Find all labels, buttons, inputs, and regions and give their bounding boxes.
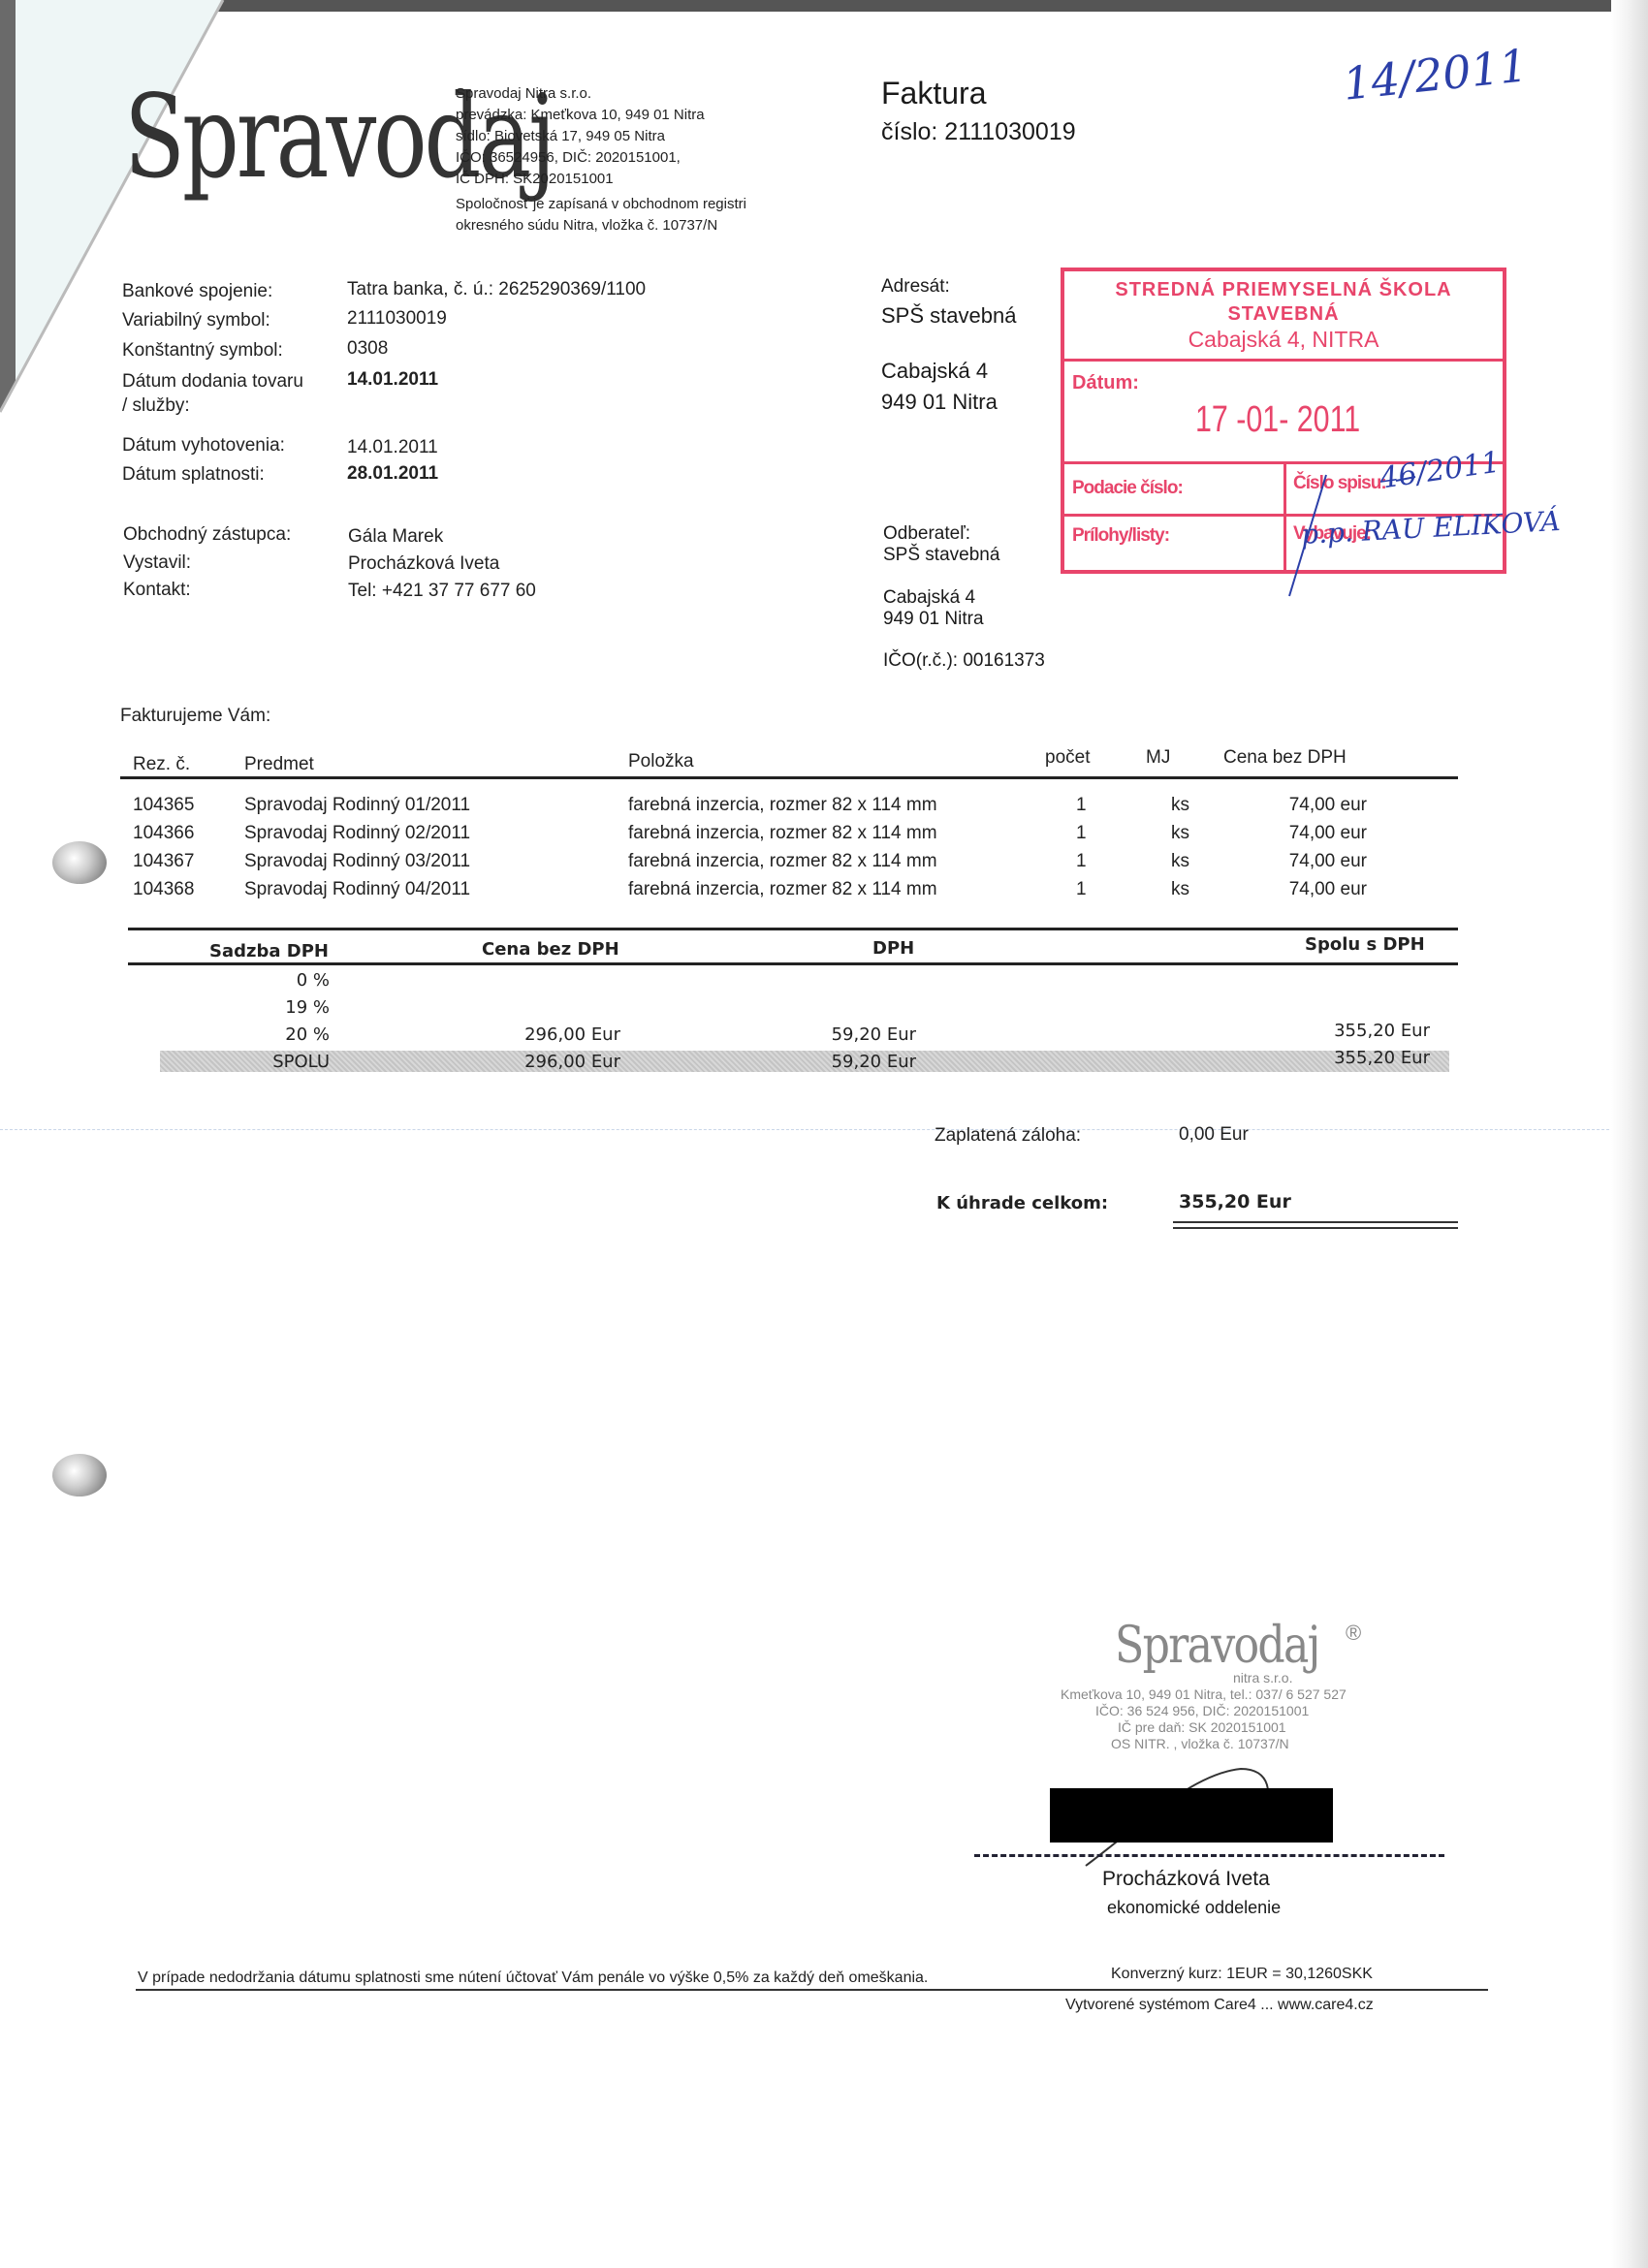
items-header-rule <box>120 776 1458 779</box>
addressee-city: 949 01 Nitra <box>881 390 998 415</box>
invoice-title: Faktura <box>881 76 986 111</box>
company-registry-2: okresného súdu Nitra, vložka č. 10737/N <box>456 215 746 236</box>
item-pocet: 1 <box>1076 795 1087 816</box>
penalty-note: V prípade nedodržania dátumu splatnosti … <box>138 1969 928 1987</box>
company-stamp-line4: OS NITR. , vložka č. 10737/N <box>1111 1736 1289 1751</box>
company-stamp-line3: IČ pre daň: SK 2020151001 <box>1118 1719 1286 1735</box>
issue-date-label: Dátum vyhotovenia: <box>122 435 285 457</box>
item-mj: ks <box>1171 795 1189 816</box>
generated-by: Vytvorené systémom Care4 ... www.care4.c… <box>1065 1997 1374 2014</box>
item-rez: 104368 <box>133 879 194 900</box>
vat-amount: 59,20 Eur <box>832 1024 916 1045</box>
item-rez: 104365 <box>133 795 194 816</box>
customer-ico: IČO(r.č.): 00161373 <box>883 650 1045 672</box>
vat-base: 296,00 Eur <box>524 1052 620 1072</box>
signatory-name: Procházková Iveta <box>1102 1868 1270 1891</box>
handwritten-ref: 14/2011 <box>1341 39 1531 110</box>
col-polozka: Položka <box>628 751 694 772</box>
col-cena: Cena bez DPH <box>1223 747 1347 769</box>
contact-label: Kontakt: <box>123 580 191 601</box>
delivery-date-label-2: / služby: <box>122 395 190 417</box>
due-total-value: 355,20 Eur <box>1179 1191 1291 1213</box>
item-cena: 74,00 eur <box>1289 823 1367 844</box>
item-predmet: Spravodaj Rodinný 03/2011 <box>244 851 470 872</box>
stamp-school-line1: STREDNÁ PRIEMYSELNÁ ŠKOLA <box>1064 279 1503 301</box>
handwritten-stroke <box>1270 465 1425 601</box>
issued-by-value: Procházková Iveta <box>348 553 499 575</box>
item-predmet: Spravodaj Rodinný 01/2011 <box>244 795 470 816</box>
due-date-value: 28.01.2011 <box>347 463 438 485</box>
conversion-rate: Konverzný kurz: 1EUR = 30,1260SKK <box>1111 1966 1373 1983</box>
company-registry-1: Spoločnosť je zapísaná v obchodnom regis… <box>456 194 746 215</box>
item-predmet: Spravodaj Rodinný 04/2011 <box>244 879 470 900</box>
vat-col-rate: Sadzba DPH <box>209 941 329 961</box>
vat-col-vat: DPH <box>872 938 914 959</box>
vat-amount: 59,20 Eur <box>832 1052 916 1072</box>
item-mj: ks <box>1171 879 1189 900</box>
company-stamp-line1: Kmeťkova 10, 949 01 Nitra, tel.: 037/ 6 … <box>1061 1686 1347 1702</box>
col-pocet: počet <box>1045 747 1090 769</box>
scan-border-top <box>0 0 1648 12</box>
vat-col-total: Spolu s DPH <box>1305 934 1425 955</box>
company-info: Spravodaj Nitra s.r.o. prevádzka: Kmeťko… <box>456 83 746 236</box>
var-symbol-value: 2111030019 <box>347 308 447 330</box>
item-polozka: farebná inzercia, rozmer 82 x 114 mm <box>628 879 937 900</box>
vat-header-rule <box>128 962 1458 965</box>
delivery-date-label: Dátum dodania tovaru <box>122 371 303 393</box>
due-double-rule-2 <box>1173 1227 1458 1229</box>
company-seat: sídlo: Biovetská 17, 949 05 Nitra <box>456 126 746 147</box>
company-stamp-line2: IČO: 36 524 956, DIČ: 2020151001 <box>1095 1703 1309 1718</box>
col-mj: MJ <box>1146 747 1170 769</box>
vat-total-shade <box>160 1051 1449 1072</box>
contact-value: Tel: +421 37 77 677 60 <box>348 581 536 602</box>
signature-line <box>974 1854 1444 1857</box>
sales-rep-value: Gála Marek <box>348 526 443 548</box>
company-stamp-logo: Spravodaj <box>1115 1617 1319 1675</box>
col-rez: Rez. č. <box>133 754 190 775</box>
item-mj: ks <box>1171 851 1189 872</box>
var-symbol-label: Variabilný symbol: <box>122 310 270 331</box>
item-cena: 74,00 eur <box>1289 879 1367 900</box>
footer-rule <box>136 1989 1488 1991</box>
stamp-date-value: 17 -01- 2011 <box>1195 399 1360 441</box>
company-ids: IČO: 36524956, DIČ: 2020151001, <box>456 147 746 169</box>
stamp-divider-1 <box>1064 359 1503 362</box>
item-polozka: farebná inzercia, rozmer 82 x 114 mm <box>628 795 937 816</box>
addressee-street: Cabajská 4 <box>881 359 988 384</box>
col-predmet: Predmet <box>244 754 314 775</box>
vat-total: 355,20 Eur <box>1334 1048 1430 1068</box>
item-cena: 74,00 eur <box>1289 851 1367 872</box>
item-mj: ks <box>1171 823 1189 844</box>
stamp-podacie-label: Podacie číslo: <box>1072 478 1183 499</box>
due-double-rule-1 <box>1173 1221 1458 1223</box>
vat-rate: 0 % <box>297 970 330 991</box>
stamp-prilohy-label: Prílohy/listy: <box>1072 525 1169 547</box>
item-rez: 104367 <box>133 851 194 872</box>
advance-value: 0,00 Eur <box>1179 1124 1249 1146</box>
stamp-date-label: Dátum: <box>1072 372 1139 394</box>
registered-mark-icon: ® <box>1346 1621 1361 1646</box>
delivery-date-value: 14.01.2011 <box>347 369 438 391</box>
bank-value: Tatra banka, č. ú.: 2625290369/1100 <box>347 279 646 300</box>
item-rez: 104366 <box>133 823 194 844</box>
item-polozka: farebná inzercia, rozmer 82 x 114 mm <box>628 851 937 872</box>
due-date-label: Dátum splatnosti: <box>122 464 265 486</box>
const-symbol-value: 0308 <box>347 338 388 360</box>
item-polozka: farebná inzercia, rozmer 82 x 114 mm <box>628 823 937 844</box>
issued-by-label: Vystavil: <box>123 552 191 574</box>
redacted-signature <box>1050 1788 1333 1843</box>
vat-rate: 19 % <box>285 997 330 1018</box>
vat-top-rule <box>128 928 1458 930</box>
advance-label: Zaplatená záloha: <box>935 1125 1081 1147</box>
item-pocet: 1 <box>1076 823 1087 844</box>
vat-rate: SPOLU <box>272 1052 330 1072</box>
invoice-number: číslo: 2111030019 <box>881 118 1076 146</box>
items-intro: Fakturujeme Vám: <box>120 706 270 727</box>
customer-street: Cabajská 4 <box>883 587 975 609</box>
punch-hole-top <box>52 841 107 884</box>
company-branch: prevádzka: Kmeťkova 10, 949 01 Nitra <box>456 105 746 126</box>
customer-label: Odberateľ: <box>883 523 970 545</box>
scan-crease <box>0 1129 1609 1130</box>
bank-label: Bankové spojenie: <box>122 281 272 302</box>
customer-name: SPŠ stavebná <box>883 545 999 566</box>
addressee-name: SPŠ stavebná <box>881 303 1016 329</box>
company-vat: IČ DPH: SK2020151001 <box>456 169 746 190</box>
item-cena: 74,00 eur <box>1289 795 1367 816</box>
sales-rep-label: Obchodný zástupca: <box>123 524 291 546</box>
signatory-department: ekonomické oddelenie <box>1107 1898 1281 1918</box>
vat-total: 355,20 Eur <box>1334 1021 1430 1041</box>
item-pocet: 1 <box>1076 851 1087 872</box>
vat-col-base: Cena bez DPH <box>482 939 619 960</box>
scan-border-right <box>1611 0 1648 2268</box>
company-stamp-sub: nitra s.r.o. <box>1233 1670 1292 1685</box>
const-symbol-label: Konštantný symbol: <box>122 340 283 362</box>
due-total-label: K úhrade celkom: <box>936 1193 1108 1213</box>
stamp-address: Cabajská 4, NITRA <box>1064 327 1503 353</box>
punch-hole-bottom <box>52 1454 107 1496</box>
issue-date-value: 14.01.2011 <box>347 437 438 458</box>
customer-city: 949 01 Nitra <box>883 609 984 630</box>
addressee-label: Adresát: <box>881 276 950 298</box>
stamp-school-line2: STAVEBNÁ <box>1064 303 1503 326</box>
vat-rate: 20 % <box>285 1024 330 1045</box>
vat-base: 296,00 Eur <box>524 1024 620 1045</box>
item-pocet: 1 <box>1076 879 1087 900</box>
item-predmet: Spravodaj Rodinný 02/2011 <box>244 823 470 844</box>
company-name: Spravodaj Nitra s.r.o. <box>456 83 746 105</box>
